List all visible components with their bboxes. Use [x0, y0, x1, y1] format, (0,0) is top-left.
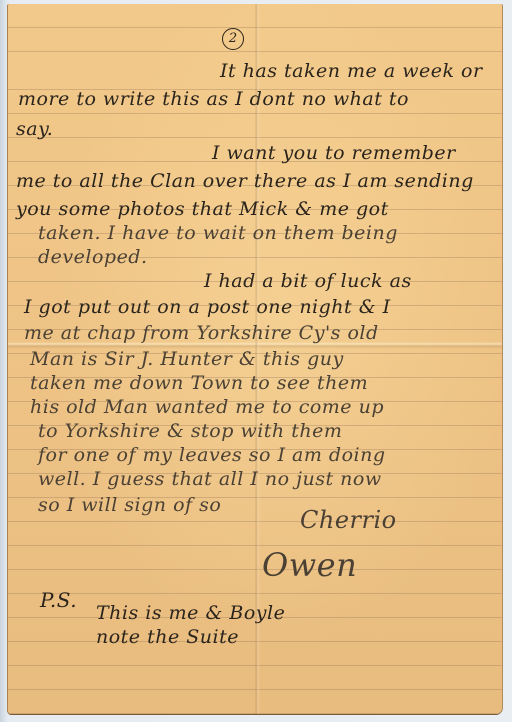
postscript-line: note the Suite — [96, 626, 239, 648]
letter-line: developed. — [38, 246, 148, 268]
letter-line: well. I guess that all I no just now — [38, 468, 382, 490]
letter-line: so I will sign of so — [38, 494, 221, 516]
scanned-letter: 2 It has taken me a week or more to writ… — [0, 0, 512, 722]
letter-line: taken. I have to wait on them being — [38, 222, 398, 244]
letter-line: me at chap from Yorkshire Cy's old — [24, 322, 379, 344]
letter-signature: Owen — [262, 546, 357, 584]
letter-closing: Cherrio — [300, 506, 397, 534]
letter-line: I got put out on a post one night & I — [24, 296, 391, 318]
letter-line: more to write this as I dont no what to — [18, 88, 409, 110]
postscript-line: This is me & Boyle — [96, 602, 285, 624]
letter-line: you some photos that Mick & me got — [16, 198, 389, 220]
letter-line: I had a bit of luck as — [204, 270, 412, 292]
letter-line: to Yorkshire & stop with them — [38, 420, 342, 442]
letter-line: me to all the Clan over there as I am se… — [16, 170, 474, 192]
letter-line: say. — [16, 118, 53, 140]
letter-paper: 2 It has taken me a week or more to writ… — [8, 4, 502, 714]
letter-line: his old Man wanted me to come up — [30, 396, 384, 418]
letter-line: Man is Sir J. Hunter & this guy — [30, 348, 344, 370]
letter-line: taken me down Town to see them — [30, 372, 368, 394]
letter-line: It has taken me a week or — [220, 60, 483, 82]
letter-line: I want you to remember — [212, 142, 456, 164]
page-number: 2 — [222, 28, 244, 50]
letter-line: for one of my leaves so I am doing — [38, 444, 386, 466]
postscript-label: P.S. — [40, 588, 77, 612]
